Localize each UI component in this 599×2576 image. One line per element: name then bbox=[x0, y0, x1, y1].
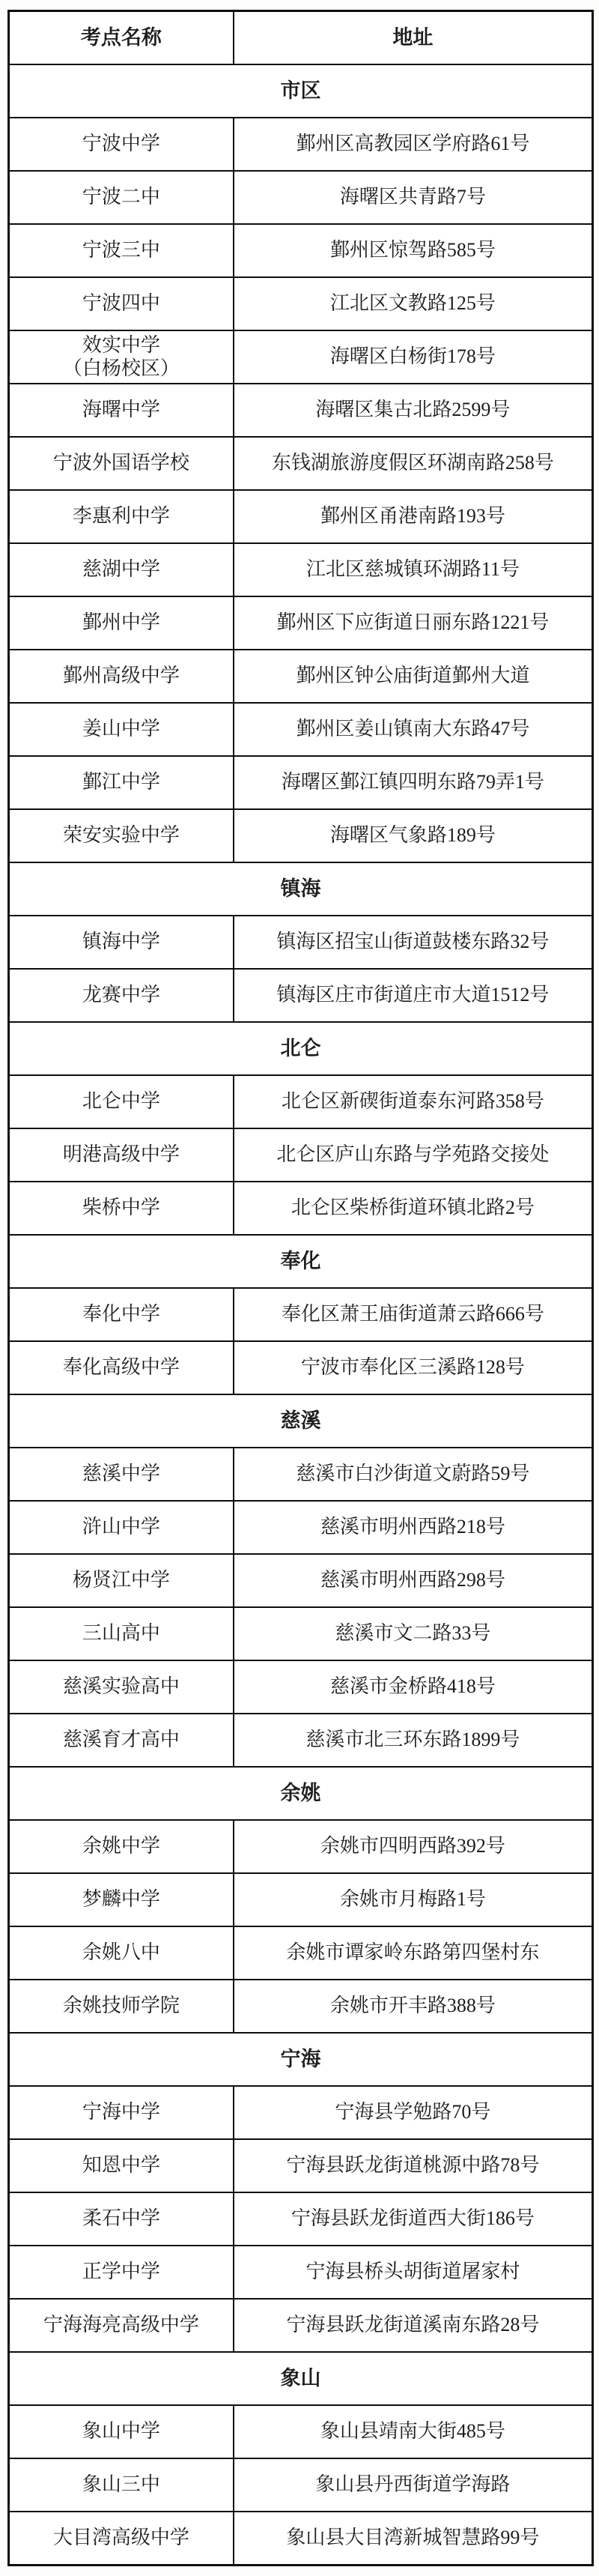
section-row: 北仑 bbox=[9, 1022, 593, 1075]
section-header: 市区 bbox=[9, 64, 593, 118]
table-row: 鄞州高级中学鄞州区钟公庙街道鄞州大道 bbox=[9, 650, 593, 703]
site-name-cell: 慈溪中学 bbox=[9, 1448, 234, 1501]
table-row: 象山中学象山县靖南大街485号 bbox=[9, 2405, 593, 2458]
site-name-cell: 李惠利中学 bbox=[9, 490, 234, 543]
address-cell: 慈溪市文二路33号 bbox=[234, 1607, 593, 1660]
address-cell: 奉化区萧王庙街道萧云路666号 bbox=[234, 1288, 593, 1341]
address-cell: 鄞州区姜山镇南大东路47号 bbox=[234, 703, 593, 756]
site-name-cell: 鄞州高级中学 bbox=[9, 650, 234, 703]
address-cell: 象山县大目湾新城智慧路99号 bbox=[234, 2512, 593, 2566]
address-cell: 江北区慈城镇环湖路11号 bbox=[234, 543, 593, 596]
address-cell: 宁海县跃龙街道溪南东路28号 bbox=[234, 2299, 593, 2352]
table-row: 梦麟中学余姚市月梅路1号 bbox=[9, 1873, 593, 1926]
table-row: 明港高级中学北仑区庐山东路与学苑路交接处 bbox=[9, 1128, 593, 1182]
site-name-cell: 鄞州中学 bbox=[9, 596, 234, 650]
address-cell: 宁海县跃龙街道西大街186号 bbox=[234, 2192, 593, 2246]
table-row: 象山三中象山县丹西街道学海路 bbox=[9, 2458, 593, 2512]
site-name-cell: 宁波四中 bbox=[9, 277, 234, 330]
table-row: 柴桥中学北仑区柴桥街道环镇北路2号 bbox=[9, 1182, 593, 1235]
address-cell: 余姚市开丰路388号 bbox=[234, 1980, 593, 2033]
site-name-cell: 宁波外国语学校 bbox=[9, 437, 234, 490]
site-name-cell: 荣安实验中学 bbox=[9, 809, 234, 862]
section-row: 余姚 bbox=[9, 1767, 593, 1820]
table-row: 正学中学宁海县桥头胡街道屠家村 bbox=[9, 2246, 593, 2299]
address-cell: 象山县靖南大街485号 bbox=[234, 2405, 593, 2458]
table-row: 慈溪中学慈溪市白沙街道文蔚路59号 bbox=[9, 1448, 593, 1501]
address-cell: 鄞州区高教园区学府路61号 bbox=[234, 118, 593, 171]
address-cell: 慈溪市白沙街道文蔚路59号 bbox=[234, 1448, 593, 1501]
address-cell: 慈溪市金桥路418号 bbox=[234, 1660, 593, 1714]
site-name-cell: 三山高中 bbox=[9, 1607, 234, 1660]
table-row: 杨贤江中学慈溪市明州西路298号 bbox=[9, 1554, 593, 1607]
address-cell: 慈溪市明州西路298号 bbox=[234, 1554, 593, 1607]
table-row: 余姚中学余姚市四明西路392号 bbox=[9, 1820, 593, 1873]
page: 考点名称 地址 市区宁波中学鄞州区高教园区学府路61号宁波二中海曙区共青路7号宁… bbox=[0, 0, 599, 2576]
address-cell: 宁波市奉化区三溪路128号 bbox=[234, 1341, 593, 1394]
section-header: 北仑 bbox=[9, 1022, 593, 1075]
table-row: 奉化高级中学宁波市奉化区三溪路128号 bbox=[9, 1341, 593, 1394]
site-name-cell: 宁海海亮高级中学 bbox=[9, 2299, 234, 2352]
address-cell: 东钱湖旅游度假区环湖南路258号 bbox=[234, 437, 593, 490]
address-cell: 镇海区庄市街道庄市大道1512号 bbox=[234, 969, 593, 1022]
site-name-cell: 北仑中学 bbox=[9, 1075, 234, 1128]
table-row: 慈溪实验高中慈溪市金桥路418号 bbox=[9, 1660, 593, 1714]
table-row: 龙赛中学镇海区庄市街道庄市大道1512号 bbox=[9, 969, 593, 1022]
address-cell: 海曙区共青路7号 bbox=[234, 171, 593, 224]
table-row: 宁波二中海曙区共青路7号 bbox=[9, 171, 593, 224]
site-name-cell: 梦麟中学 bbox=[9, 1873, 234, 1926]
address-cell: 余姚市月梅路1号 bbox=[234, 1873, 593, 1926]
section-row: 象山 bbox=[9, 2352, 593, 2405]
site-name-cell: 浒山中学 bbox=[9, 1501, 234, 1554]
table-row: 知恩中学宁海县跃龙街道桃源中路78号 bbox=[9, 2139, 593, 2192]
section-row: 慈溪 bbox=[9, 1394, 593, 1448]
section-row: 宁海 bbox=[9, 2033, 593, 2086]
section-row: 镇海 bbox=[9, 862, 593, 916]
address-cell: 象山县丹西街道学海路 bbox=[234, 2458, 593, 2512]
site-name-cell: 余姚中学 bbox=[9, 1820, 234, 1873]
site-name-cell: 宁海中学 bbox=[9, 2086, 234, 2139]
table-row: 三山高中慈溪市文二路33号 bbox=[9, 1607, 593, 1660]
table-row: 奉化中学奉化区萧王庙街道萧云路666号 bbox=[9, 1288, 593, 1341]
exam-sites-table: 考点名称 地址 市区宁波中学鄞州区高教园区学府路61号宁波二中海曙区共青路7号宁… bbox=[7, 10, 594, 2566]
site-name-cell: 镇海中学 bbox=[9, 916, 234, 969]
site-name-cell: 象山三中 bbox=[9, 2458, 234, 2512]
table-row: 宁波四中江北区文教路125号 bbox=[9, 277, 593, 330]
site-name-cell: 大目湾高级中学 bbox=[9, 2512, 234, 2566]
site-name-cell: 海曙中学 bbox=[9, 384, 234, 437]
site-name-cell: 余姚八中 bbox=[9, 1926, 234, 1980]
table-row: 宁海海亮高级中学宁海县跃龙街道溪南东路28号 bbox=[9, 2299, 593, 2352]
site-name-cell: 杨贤江中学 bbox=[9, 1554, 234, 1607]
table-row: 海曙中学海曙区集古北路2599号 bbox=[9, 384, 593, 437]
address-cell: 宁海县学勉路70号 bbox=[234, 2086, 593, 2139]
site-name-cell: 姜山中学 bbox=[9, 703, 234, 756]
site-name-cell: 奉化中学 bbox=[9, 1288, 234, 1341]
section-row: 奉化 bbox=[9, 1235, 593, 1288]
table-row: 柔石中学宁海县跃龙街道西大街186号 bbox=[9, 2192, 593, 2246]
address-cell: 慈溪市明州西路218号 bbox=[234, 1501, 593, 1554]
table-row: 慈湖中学江北区慈城镇环湖路11号 bbox=[9, 543, 593, 596]
site-name-cell: 正学中学 bbox=[9, 2246, 234, 2299]
address-cell: 鄞州区甬港南路193号 bbox=[234, 490, 593, 543]
address-cell: 慈溪市北三环东路1899号 bbox=[234, 1714, 593, 1767]
address-cell: 鄞州区钟公庙街道鄞州大道 bbox=[234, 650, 593, 703]
section-header: 奉化 bbox=[9, 1235, 593, 1288]
address-cell: 宁海县跃龙街道桃源中路78号 bbox=[234, 2139, 593, 2192]
table-row: 慈溪育才高中慈溪市北三环东路1899号 bbox=[9, 1714, 593, 1767]
section-header: 镇海 bbox=[9, 862, 593, 916]
table-row: 鄞江中学海曙区鄞江镇四明东路79弄1号 bbox=[9, 756, 593, 809]
table-row: 效实中学 （白杨校区）海曙区白杨街178号 bbox=[9, 330, 593, 384]
table-row: 浒山中学慈溪市明州西路218号 bbox=[9, 1501, 593, 1554]
address-cell: 余姚市谭家岭东路第四堡村东 bbox=[234, 1926, 593, 1980]
site-name-cell: 知恩中学 bbox=[9, 2139, 234, 2192]
site-name-cell: 慈溪实验高中 bbox=[9, 1660, 234, 1714]
table-row: 宁波外国语学校东钱湖旅游度假区环湖南路258号 bbox=[9, 437, 593, 490]
table-row: 北仑中学北仑区新碶街道泰东河路358号 bbox=[9, 1075, 593, 1128]
site-name-cell: 象山中学 bbox=[9, 2405, 234, 2458]
address-cell: 北仑区新碶街道泰东河路358号 bbox=[234, 1075, 593, 1128]
site-name-cell: 慈溪育才高中 bbox=[9, 1714, 234, 1767]
site-name-cell: 明港高级中学 bbox=[9, 1128, 234, 1182]
section-row: 市区 bbox=[9, 64, 593, 118]
table-row: 镇海中学镇海区招宝山街道鼓楼东路32号 bbox=[9, 916, 593, 969]
address-cell: 北仑区庐山东路与学苑路交接处 bbox=[234, 1128, 593, 1182]
table-row: 宁波三中鄞州区惊驾路585号 bbox=[9, 224, 593, 277]
table-row: 姜山中学鄞州区姜山镇南大东路47号 bbox=[9, 703, 593, 756]
address-cell: 海曙区气象路189号 bbox=[234, 809, 593, 862]
address-cell: 海曙区集古北路2599号 bbox=[234, 384, 593, 437]
table-row: 荣安实验中学海曙区气象路189号 bbox=[9, 809, 593, 862]
table-row: 大目湾高级中学象山县大目湾新城智慧路99号 bbox=[9, 2512, 593, 2566]
table-row: 余姚八中余姚市谭家岭东路第四堡村东 bbox=[9, 1926, 593, 1980]
site-name-cell: 鄞江中学 bbox=[9, 756, 234, 809]
address-cell: 宁海县桥头胡街道屠家村 bbox=[234, 2246, 593, 2299]
table-row: 宁波中学鄞州区高教园区学府路61号 bbox=[9, 118, 593, 171]
site-name-cell: 柴桥中学 bbox=[9, 1182, 234, 1235]
section-header: 慈溪 bbox=[9, 1394, 593, 1448]
header-row: 考点名称 地址 bbox=[9, 11, 593, 65]
table-row: 宁海中学宁海县学勉路70号 bbox=[9, 2086, 593, 2139]
address-cell: 江北区文教路125号 bbox=[234, 277, 593, 330]
address-cell: 鄞州区惊驾路585号 bbox=[234, 224, 593, 277]
address-cell: 余姚市四明西路392号 bbox=[234, 1820, 593, 1873]
address-cell: 北仑区柴桥街道环镇北路2号 bbox=[234, 1182, 593, 1235]
section-header: 余姚 bbox=[9, 1767, 593, 1820]
site-name-cell: 柔石中学 bbox=[9, 2192, 234, 2246]
address-cell: 海曙区白杨街178号 bbox=[234, 330, 593, 384]
address-cell: 海曙区鄞江镇四明东路79弄1号 bbox=[234, 756, 593, 809]
table-body: 市区宁波中学鄞州区高教园区学府路61号宁波二中海曙区共青路7号宁波三中鄞州区惊驾… bbox=[9, 64, 593, 2566]
table-row: 鄞州中学鄞州区下应街道日丽东路1221号 bbox=[9, 596, 593, 650]
site-name-cell: 宁波中学 bbox=[9, 118, 234, 171]
column-header-address: 地址 bbox=[234, 11, 593, 65]
site-name-cell: 余姚技师学院 bbox=[9, 1980, 234, 2033]
site-name-cell: 宁波二中 bbox=[9, 171, 234, 224]
site-name-cell: 慈湖中学 bbox=[9, 543, 234, 596]
section-header: 宁海 bbox=[9, 2033, 593, 2086]
site-name-cell: 宁波三中 bbox=[9, 224, 234, 277]
site-name-cell: 龙赛中学 bbox=[9, 969, 234, 1022]
table-row: 李惠利中学鄞州区甬港南路193号 bbox=[9, 490, 593, 543]
address-cell: 鄞州区下应街道日丽东路1221号 bbox=[234, 596, 593, 650]
address-cell: 镇海区招宝山街道鼓楼东路32号 bbox=[234, 916, 593, 969]
table-row: 余姚技师学院余姚市开丰路388号 bbox=[9, 1980, 593, 2033]
site-name-cell: 奉化高级中学 bbox=[9, 1341, 234, 1394]
column-header-site-name: 考点名称 bbox=[9, 11, 234, 65]
section-header: 象山 bbox=[9, 2352, 593, 2405]
site-name-cell: 效实中学 （白杨校区） bbox=[9, 330, 234, 384]
